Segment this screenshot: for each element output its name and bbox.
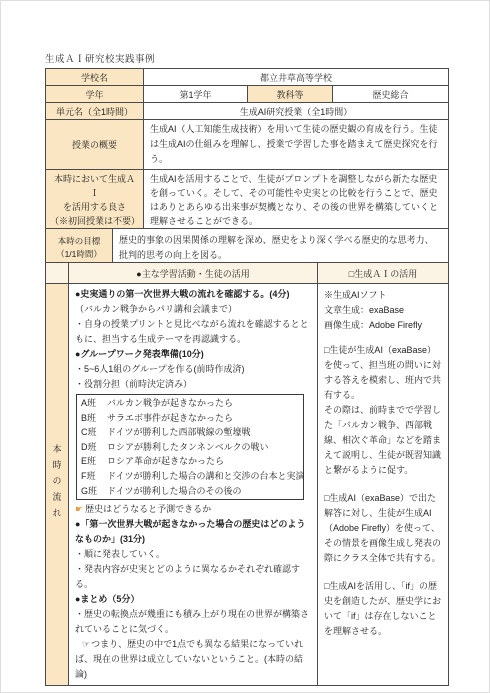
goal-label-line1: 本時の目標: [50, 235, 108, 248]
activity-line: ●史実通りの第一次世界大戦の流れを確認する。(4分): [75, 287, 312, 302]
flow-content-row: 本時の流れ ●史実通りの第一次世界大戦の流れを確認する。(4分) （バルカン戦争…: [46, 284, 449, 686]
group-topic: ドイツが勝利した西部戦線の塹壕戦: [107, 427, 251, 437]
pointing-hand-outline-icon: ☞: [82, 639, 90, 649]
activity-line: ●「第一次世界大戦が起きなかった場合の歴史はどのようなものか」(31分): [75, 517, 312, 547]
ai-usage-paragraph: その際は、前時までで学習した「バルカン戦争、西部戦線、相次ぐ革命」などを踏まえて…: [324, 403, 444, 478]
group-row: G班ドイツが勝利した場合のその後の: [81, 484, 299, 499]
overview-value: 生成AI（人工知能生成技術）を用いて生徒の歴史観の育成を行う。生徒は生成AIの仕…: [144, 120, 449, 170]
goal-label-line2: （1/1時間）: [50, 248, 108, 261]
group-row: A班バルカン戦争が起きなかったら: [81, 396, 299, 411]
group-row: E班ロシア革命が起きなかったら: [81, 454, 299, 469]
activity-line: ・順に発表していく。: [75, 547, 312, 562]
group-id: F班: [81, 469, 101, 484]
lesson-flow-table: ●主な学習活動・生徒の活用 □生成ＡＩの活用 本時の流れ ●史実通りの第一次世界…: [45, 262, 449, 686]
group-topic: ドイツが勝利した場合の講和と交渉の台本と実演: [107, 471, 305, 481]
activity-line: ☞つまり、歴史の中で1点でも異なる結果になっていれば、現在の世界は成立していない…: [75, 637, 312, 682]
group-row: F班ドイツが勝利した場合の講和と交渉の台本と実演: [81, 469, 299, 484]
school-name-label: 学校名: [46, 69, 144, 86]
activity-line: （バルカン戦争からパリ講和会議まで）: [75, 302, 312, 317]
group-topic: ドイツが勝利した場合のその後の: [107, 486, 242, 496]
ai-usage-paragraph: □生成AI（exaBase）で出た解答に対し、生徒が生成AI（Adobe Fir…: [324, 491, 444, 566]
ai-merit-label-line3: （※初回授業は不要）: [50, 214, 139, 228]
document-page: 生成ＡＩ研究校実践事例 学校名 都立井草高等学校 学年 第1学年 教科等 歴史総…: [0, 0, 490, 693]
unit-name-label: 単元名（全1時間）: [46, 103, 144, 120]
activity-line: ・発表内容が史実とどのように異なるかそれぞれ確認する。: [75, 562, 312, 592]
ai-merit-label: 本時において生成ＡＩ を活用する良さ （※初回授業は不要）: [46, 170, 144, 231]
ai-usage-cell: ※生成AIソフト 文章生成：exaBase 画像生成：Adobe Firefly…: [318, 284, 449, 686]
activity-line: ・自身の授業プリントと見比べながら流れを確認するとともに、担当する生成テーマを再…: [75, 317, 312, 347]
unit-name-value: 生成AI研究授業（全1時間）: [144, 103, 449, 120]
flow-header-spacer: [46, 263, 69, 284]
group-id: D班: [81, 440, 101, 455]
group-id: A班: [81, 396, 101, 411]
conclusion-text: つまり、歴史の中で1点でも異なる結果になっていれば、現在の世界は成立していないと…: [75, 639, 303, 679]
activity-line: ☛歴史はどうなると予測できるか: [75, 502, 312, 517]
ai-note-line: ※生成AIソフト: [324, 288, 444, 303]
ai-note-line: 画像生成：Adobe Firefly: [324, 318, 444, 333]
ai-usage-paragraph: □生徒が生成AI（exaBase）を使って、担当班の問いに対する答えを模索し、班…: [324, 343, 444, 403]
activity-line: ・歴史の転換点が幾重にも積み上がり現在の世界が構築されていることに気づく。: [75, 607, 312, 637]
table-row: 授業の概要 生成AI（人工知能生成技術）を用いて生徒の歴史観の育成を行う。生徒は…: [46, 120, 449, 170]
flow-header-row: ●主な学習活動・生徒の活用 □生成ＡＩの活用: [46, 263, 449, 284]
subject-label: 教科等: [248, 86, 333, 103]
group-assignment-box: A班バルカン戦争が起きなかったら B班サラエボ事件が起きなかったら C班ドイツが…: [76, 394, 304, 500]
activity-line: ・役割分担（前時決定済み）: [75, 377, 312, 392]
group-topic: サラエボ事件が起きなかったら: [107, 413, 233, 423]
table-row: 本時の目標 （1/1時間） 歴史的事象の因果関係の理解を深め、歴史をより深く学べ…: [46, 229, 449, 267]
activity-line: ●グループワーク発表準備(10分): [75, 347, 312, 362]
grade-label: 学年: [46, 86, 144, 103]
ai-column-header: □生成ＡＩの活用: [318, 263, 449, 284]
ai-merit-label-line2: を活用する良さ: [50, 200, 139, 214]
flow-vertical-label: 本時の流れ: [51, 444, 64, 524]
pointing-hand-icon: ☛: [75, 504, 83, 514]
overview-label: 授業の概要: [46, 120, 144, 170]
ai-usage-paragraph: □生成AIを活用し、「if」の歴史を創造したが、歴史学において「if」は存在しな…: [324, 579, 444, 639]
group-id: C班: [81, 425, 101, 440]
ai-merit-label-line1: 本時において生成ＡＩ: [50, 172, 139, 200]
lesson-info-table: 学校名 都立井草高等学校 学年 第1学年 教科等 歴史総合 単元名（全1時間） …: [45, 68, 449, 231]
group-row: B班サラエボ事件が起きなかったら: [81, 411, 299, 426]
ai-note-line: 文章生成：exaBase: [324, 303, 444, 318]
group-row: C班ドイツが勝利した西部戦線の塹壕戦: [81, 425, 299, 440]
school-name-value: 都立井草高等学校: [144, 69, 449, 86]
group-topic: ロシアが勝利したタンネンベルクの戦い: [107, 442, 269, 452]
group-id: G班: [81, 484, 101, 499]
table-row: 学年 第1学年 教科等 歴史総合: [46, 86, 449, 103]
prediction-prompt: 歴史はどうなると予測できるか: [85, 504, 211, 514]
group-row: D班ロシアが勝利したタンネンベルクの戦い: [81, 440, 299, 455]
goal-value: 歴史的事象の因果関係の理解を深め、歴史をより深く学べる歴史的な思考力、批判的思考…: [113, 229, 449, 267]
ai-merit-value: 生成AIを活用することで、生徒がプロンプトを調整しながら新たな歴史を創っていく。…: [144, 170, 449, 231]
activity-line: ●まとめ（5分）: [75, 592, 312, 607]
table-row: 単元名（全1時間） 生成AI研究授業（全1時間）: [46, 103, 449, 120]
group-topic: バルカン戦争が起きなかったら: [107, 398, 233, 408]
table-row: 学校名 都立井草高等学校: [46, 69, 449, 86]
grade-value: 第1学年: [144, 86, 248, 103]
goal-label: 本時の目標 （1/1時間）: [46, 229, 113, 267]
activity-cell: ●史実通りの第一次世界大戦の流れを確認する。(4分) （バルカン戦争からパリ講和…: [69, 284, 318, 686]
activity-line: ・5~6人1組のグループを作る(前時作成済): [75, 362, 312, 377]
activity-column-header: ●主な学習活動・生徒の活用: [69, 263, 318, 284]
group-topic: ロシア革命が起きなかったら: [107, 456, 224, 466]
flow-label-cell: 本時の流れ: [46, 284, 69, 686]
table-row: 本時において生成ＡＩ を活用する良さ （※初回授業は不要） 生成AIを活用するこ…: [46, 170, 449, 231]
group-id: E班: [81, 454, 101, 469]
group-id: B班: [81, 411, 101, 426]
subject-value: 歴史総合: [333, 86, 449, 103]
page-title: 生成ＡＩ研究校実践事例: [45, 51, 155, 65]
